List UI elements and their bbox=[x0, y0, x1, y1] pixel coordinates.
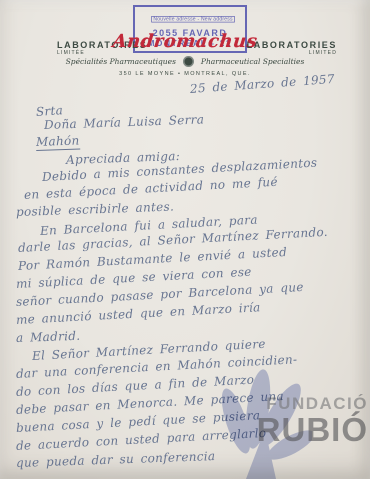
scanned-letter-page: Nouvelle adresse - New address 2055 FAVA… bbox=[0, 0, 370, 479]
handwriting-line: posible escribirle antes. bbox=[16, 199, 175, 219]
subtitle-french: Spécialités Pharmaceutiques bbox=[66, 57, 176, 66]
watermark-line2: RUBIÓ bbox=[257, 413, 368, 446]
handwriting-line: que pueda dar su conferencia bbox=[16, 449, 216, 470]
handwriting-line: Doña María Luisa Serra bbox=[44, 112, 205, 132]
subtitle-english: Pharmaceutical Specialties bbox=[201, 57, 304, 66]
handwriting-line: Mahón bbox=[36, 133, 80, 151]
letterhead-right-title: LABORATORIES bbox=[247, 40, 337, 50]
letterhead-right: LABORATORIES LIMITED bbox=[247, 40, 337, 56]
andromachus-seal-icon bbox=[183, 56, 194, 67]
stamp-note: Nouvelle adresse - New address bbox=[151, 16, 235, 22]
letterhead-subtitle-row: Spécialités Pharmaceutiques Pharmaceutic… bbox=[0, 56, 370, 67]
handwriting-line: a Madrid. bbox=[16, 329, 81, 345]
